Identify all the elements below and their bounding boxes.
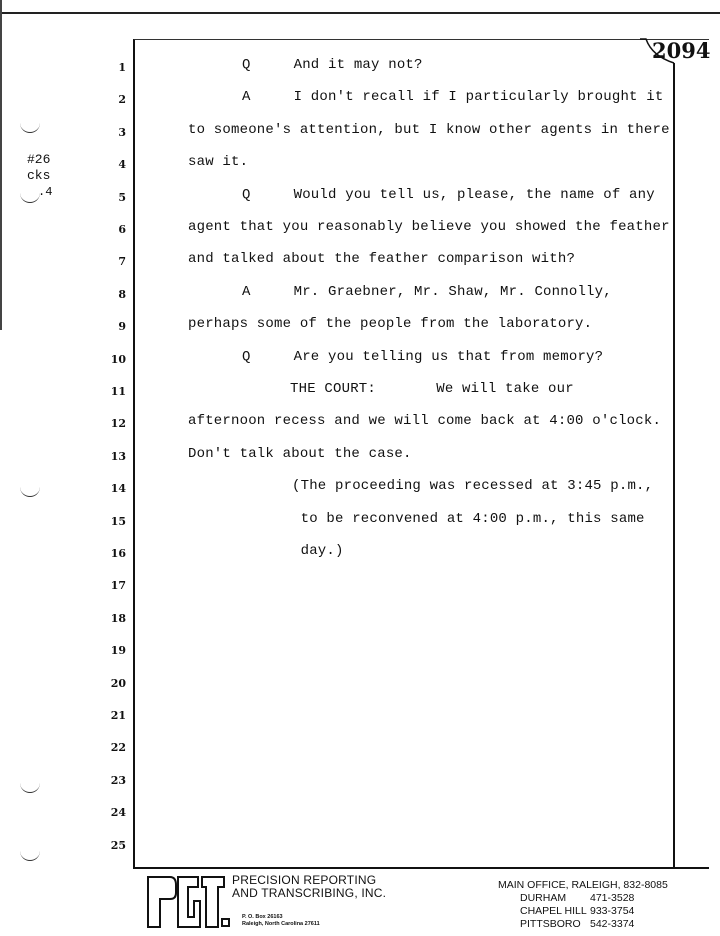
office-phone: 542-3374: [590, 918, 634, 931]
top-edge-rule: [0, 12, 720, 14]
office-phone: 933-3754: [590, 905, 634, 918]
punch-hole-mark: [20, 482, 40, 497]
margin-note-line: cks: [27, 168, 50, 184]
line-number: 7: [100, 255, 126, 268]
office-name: PITTSBORO: [520, 918, 590, 931]
transcript-line-text: to be reconvened at 4:00 p.m., this same: [292, 511, 645, 527]
left-edge-rule: [0, 0, 2, 330]
line-number: 4: [100, 158, 126, 171]
transcript-line-text: A I don't recall if I particularly broug…: [242, 89, 663, 105]
line-number: 17: [100, 579, 126, 592]
line-number: 20: [100, 677, 126, 690]
line-number: 19: [100, 644, 126, 657]
punch-hole-mark: [20, 846, 40, 861]
transcript-line-text: Don't talk about the case.: [188, 446, 412, 462]
line-number: 9: [100, 320, 126, 333]
address-line1: P. O. Box 26163: [242, 914, 320, 921]
line-number: 18: [100, 612, 126, 625]
page-number: 2094: [652, 38, 710, 63]
office-name: CHAPEL HILL: [520, 905, 590, 918]
margin-note: #26 cks: [27, 152, 50, 184]
line-number: 16: [100, 547, 126, 560]
office-row: PITTSBORO 542-3374: [520, 918, 668, 931]
line-number: 15: [100, 515, 126, 528]
line-number: 3: [100, 126, 126, 139]
margin-note-line: #26: [27, 152, 50, 168]
line-number: 1: [100, 61, 126, 74]
line-number: 8: [100, 288, 126, 301]
transcript-line-text: and talked about the feather comparison …: [188, 251, 575, 267]
transcript-line-text: to someone's attention, but I know other…: [188, 122, 670, 138]
line-number: 6: [100, 223, 126, 236]
company-logo-icon: [146, 873, 230, 931]
line-number: 13: [100, 450, 126, 463]
transcript-line-text: saw it.: [188, 154, 248, 170]
punch-hole-mark: [20, 118, 40, 133]
punch-hole-mark: [20, 778, 40, 793]
punch-hole-mark: [20, 188, 40, 203]
line-number: 14: [100, 482, 126, 495]
transcript-line-text: afternoon recess and we will come back a…: [188, 413, 661, 429]
transcript-line-text: day.): [292, 543, 344, 559]
line-number: 24: [100, 806, 126, 819]
line-number: 11: [100, 385, 126, 398]
line-number: 10: [100, 353, 126, 366]
line-number: 21: [100, 709, 126, 722]
transcript-line-text: agent that you reasonably believe you sh…: [188, 219, 670, 235]
transcript-line-text: THE COURT: We will take our: [290, 381, 574, 397]
office-row: DURHAM 471-3528: [520, 892, 668, 905]
transcript-line-text: (The proceeding was recessed at 3:45 p.m…: [292, 478, 653, 494]
office-list: MAIN OFFICE, RALEIGH, 832-8085 DURHAM 47…: [498, 879, 668, 931]
line-number: 5: [100, 191, 126, 204]
line-number: 22: [100, 741, 126, 754]
line-number: 23: [100, 774, 126, 787]
line-number: 25: [100, 839, 126, 852]
margin-note-line: .4: [38, 185, 52, 199]
transcript-line-text: Q Would you tell us, please, the name of…: [242, 187, 655, 203]
company-name: PRECISION REPORTING AND TRANSCRIBING, IN…: [232, 874, 386, 900]
transcript-line-text: Q Are you telling us that from memory?: [242, 349, 603, 365]
address-line2: Raleigh, North Carolina 27611: [242, 921, 320, 928]
line-number: 2: [100, 93, 126, 106]
office-row: CHAPEL HILL 933-3754: [520, 905, 668, 918]
margin-note: .4: [38, 184, 52, 200]
office-phone: 471-3528: [590, 892, 634, 905]
main-office: MAIN OFFICE, RALEIGH, 832-8085: [498, 879, 668, 892]
office-name: DURHAM: [520, 892, 590, 905]
transcript-frame-right: [673, 63, 675, 869]
line-number: 12: [100, 417, 126, 430]
company-address: P. O. Box 26163 Raleigh, North Carolina …: [242, 914, 320, 928]
transcript-line-text: perhaps some of the people from the labo…: [188, 316, 592, 332]
transcript-line-text: Q And it may not?: [242, 57, 423, 73]
transcript-line-text: A Mr. Graebner, Mr. Shaw, Mr. Connolly,: [242, 284, 612, 300]
company-name-line2: AND TRANSCRIBING, INC.: [232, 887, 386, 900]
